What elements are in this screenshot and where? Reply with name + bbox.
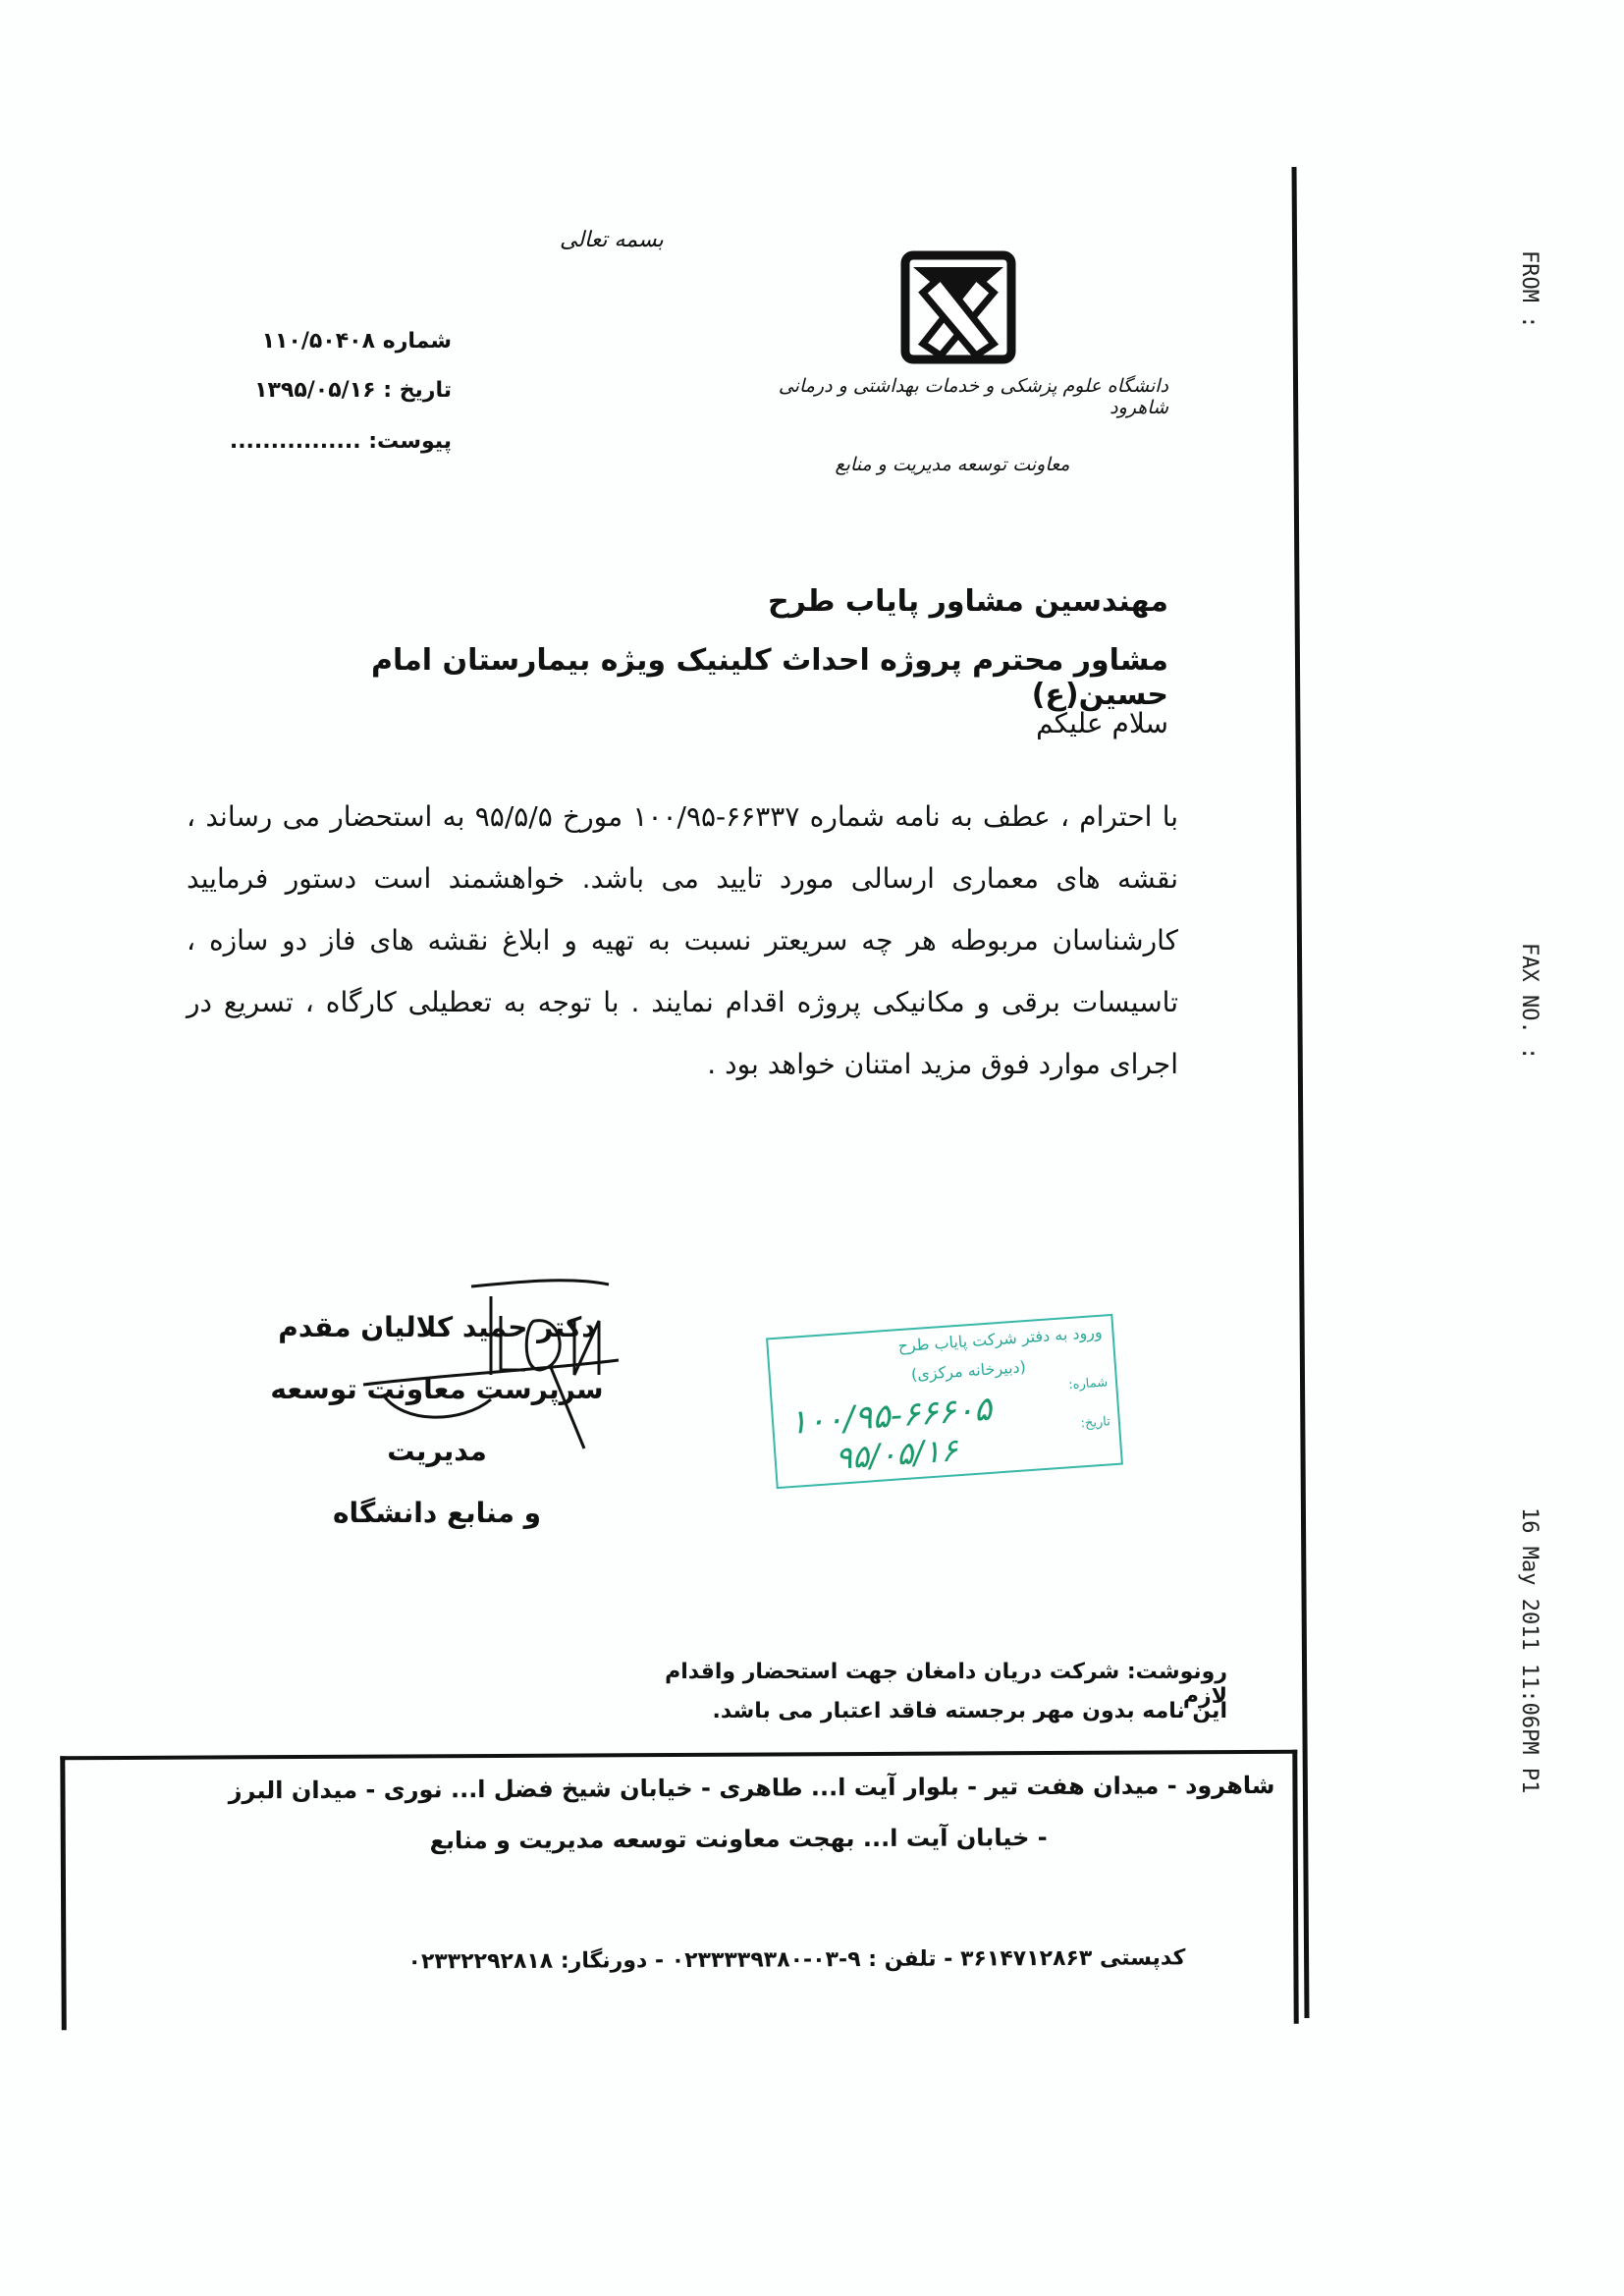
- footer-address-line-1: شاهرود - میدان هفت تیر - بلوار آیت ا... …: [96, 1772, 1274, 1805]
- signature-scribble-icon: [324, 1277, 638, 1453]
- addressee-company: مهندسین مشاور پایاب طرح: [550, 584, 1168, 619]
- letter-attachment: پیوست: ................: [187, 429, 452, 454]
- stamp-date-label: تاریخ:: [1080, 1414, 1110, 1431]
- received-stamp: ورود به دفتر شرکت پایاب طرح (دبیرخانه مر…: [766, 1314, 1123, 1489]
- university-logo-icon: [898, 247, 1018, 365]
- signatory-title-2: و منابع دانشگاه: [216, 1482, 658, 1544]
- letter-date: تاریخ : ۱۳۹۵/۰۵/۱۶: [187, 378, 452, 403]
- letter-date-value: ۱۳۹۵/۰۵/۱۶: [254, 378, 376, 403]
- letter-number-value: ۱۱۰/۵۰۴۰۸: [262, 329, 375, 354]
- fax-number: FAX NO. :: [1517, 943, 1542, 1060]
- letter-number-label: شماره: [383, 329, 452, 354]
- footer-contact-line: کدپستی ۳۶۱۴۷۱۲۸۶۳ - تلفن : ۹-۰۳-۰۲۳۳۳۳۹۳…: [203, 1945, 1185, 1975]
- invocation-text: بسمه تعالی: [560, 228, 664, 252]
- footer-address-line-2: - خیابان آیت ا... بهجت معاونت توسعه مدیر…: [164, 1824, 1048, 1856]
- stamp-number-label: شماره:: [1068, 1375, 1109, 1393]
- letter-date-label: تاریخ :: [383, 378, 452, 403]
- fax-from: FROM :: [1517, 250, 1542, 328]
- organization-name: دانشگاه علوم پزشکی و خدمات بهداشتی و درم…: [776, 375, 1168, 418]
- addressee-project: مشاور محترم پروژه احداث کلینیک ویژه بیما…: [285, 643, 1168, 712]
- greeting: سلام علیکم: [687, 707, 1168, 739]
- validity-note: این نامه بدون مهر برجسته فاقد اعتبار می …: [628, 1699, 1227, 1723]
- letter-attachment-label: پیوست:: [368, 429, 452, 454]
- footer-address-box: شاهرود - میدان هفت تیر - بلوار آیت ا... …: [60, 1750, 1298, 2031]
- stamp-date-value: ۹۵/۰۵/۱۶: [834, 1431, 958, 1477]
- fax-datetime-page: 16 May 2011 11:06PM P1: [1517, 1507, 1542, 1793]
- organization-department: معاونت توسعه مدیریت و منابع: [805, 454, 1100, 475]
- letter-number: شماره ۱۱۰/۵۰۴۰۸: [187, 329, 452, 354]
- stamp-subtitle: (دبیرخانه مرکزی): [910, 1357, 1026, 1384]
- letter-attachment-value: ................: [230, 429, 361, 454]
- letter-body: با احترام ، عطف به نامه شماره ۶۶۳۳۷-۱۰۰/…: [187, 786, 1178, 1095]
- stamp-title: ورود به دفتر شرکت پایاب طرح: [779, 1323, 1104, 1364]
